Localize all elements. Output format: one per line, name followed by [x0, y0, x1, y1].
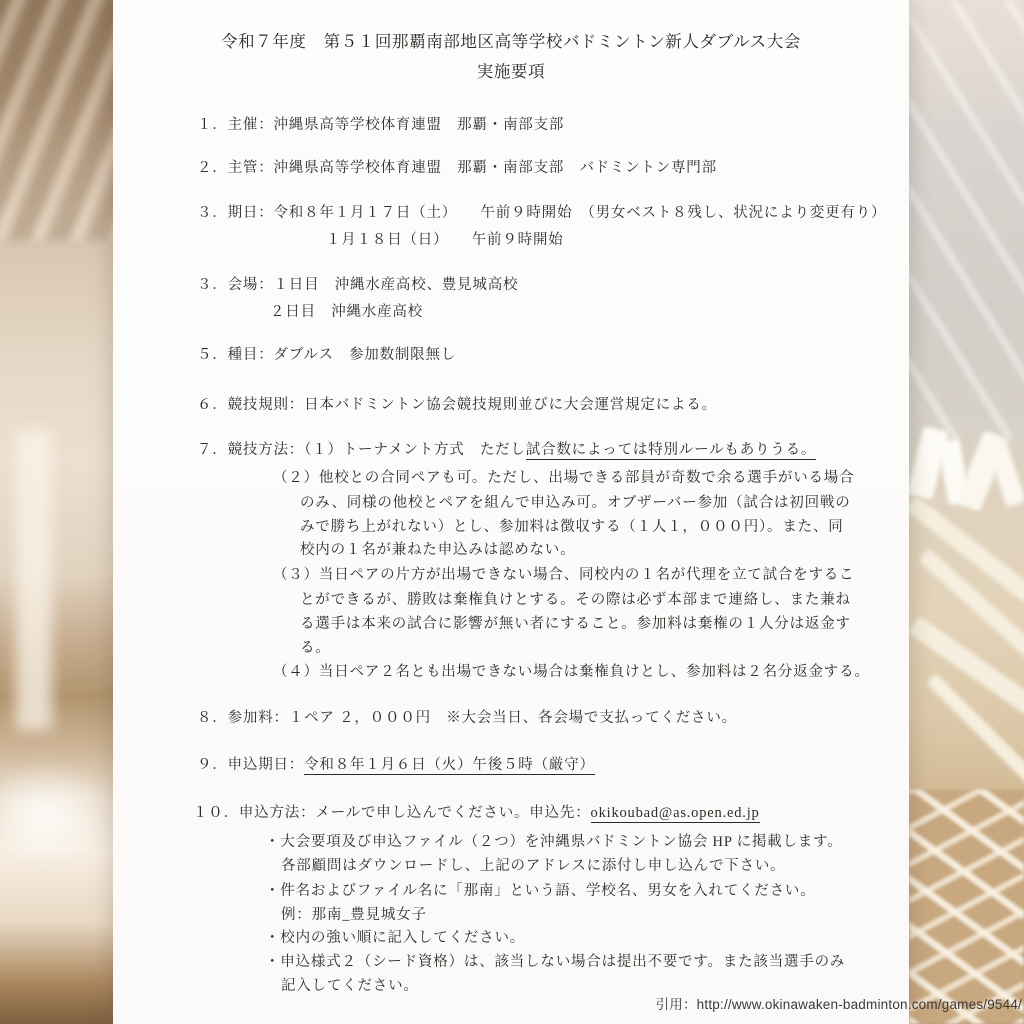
document-page: 令和７年度 第５１回那覇南部地区高等学校バドミントン新人ダブルス大会 実施要項 …	[113, 0, 909, 1024]
line-bullet-4b: 記入してください。	[281, 976, 419, 996]
feather-lattice-shape	[909, 790, 1024, 1024]
line-event: ５．種目：ダブルス 参加数制限無し	[197, 345, 456, 365]
wood-beams-shape	[0, 0, 114, 240]
line-organizer: １．主催：沖縄県高等学校体育連盟 那覇・南部支部	[197, 115, 564, 135]
line-method-3: （３）当日ペアの片方が出場できない場合、同校内の１名が代理を立て試合をするこ	[273, 565, 854, 585]
doc-title-line2: 実施要項	[113, 62, 909, 82]
bg-photo-left-strip	[0, 0, 114, 1024]
line-method-1: ７．競技方法：（１）トーナメント方式 ただし試合数によっては特別ルールもありうる…	[197, 440, 816, 460]
line-bullet-2-example: 例：那南_豊見城女子	[281, 905, 427, 925]
line-deadline-prefix: ９．申込期日：	[197, 757, 304, 773]
line-date-1: ３．期日：令和８年１月１７日（土） 午前９時開始 （男女ベスト８残し、状況により…	[197, 203, 886, 223]
bg-photo-right-strip	[909, 0, 1024, 1024]
line-bullet-1: ・大会要項及び申込ファイル（２つ）を沖縄県バドミントン協会 HP に掲載します。	[265, 832, 843, 852]
line-method-1-prefix: ７．競技方法：（１）トーナメント方式 ただし	[197, 442, 526, 458]
line-apply-method: １０．申込方法：メールで申し込んでください。申込先：okikoubad@as.o…	[193, 803, 760, 823]
line-method-2d: 校内の１名が兼ねた申込みは認めない。	[300, 540, 575, 560]
line-date-2: １月１８日（日） 午前９時開始	[326, 230, 564, 250]
floor-reflection-shape	[0, 760, 114, 870]
line-method-2c: みで勝ち上がれない）とし、参加料は徴収する（１人１，０００円）。また、同	[300, 517, 844, 537]
line-deadline-underlined: 令和８年１月６日（火）午後５時（厳守）	[304, 757, 595, 775]
doc-title-line1: 令和７年度 第５１回那覇南部地区高等学校バドミントン新人ダブルス大会	[113, 32, 909, 52]
line-bullet-3: ・校内の強い順に記入してください。	[265, 928, 525, 948]
line-bullet-4: ・申込様式２（シード資格）は、該当しない場合は提出不要です。また該当選手のみ	[265, 952, 845, 972]
line-method-1-underlined: 試合数によっては特別ルールもありうる。	[526, 442, 816, 460]
line-deadline: ９．申込期日：令和８年１月６日（火）午後５時（厳守）	[197, 755, 595, 775]
line-bullet-2: ・件名およびファイル名に「那南」という語、学校名、男女を入れてください。	[265, 881, 816, 901]
line-fee: ８．参加料：１ペア ２，０００円 ※大会当日、各会場で支払ってください。	[197, 708, 737, 728]
citation-url: 引用：http://www.okinawaken-badminton.com/g…	[656, 993, 1022, 1013]
line-venue-1: ３．会場：１日目 沖縄水産高校、豊見城高校	[197, 275, 518, 295]
screenshot-root: 令和７年度 第５１回那覇南部地区高等学校バドミントン新人ダブルス大会 実施要項 …	[0, 0, 1024, 1024]
line-method-3b: とができるが、勝敗は棄権負けとする。その際は必ず本部まで連絡し、また兼ね	[300, 590, 851, 610]
line-method-2b: のみ、同様の他校とペアを組んで申込み可。オブザーバー参加（試合は初回戦の	[300, 493, 851, 513]
ceiling-beams-shape	[909, 0, 1024, 440]
line-management: ２．主管：沖縄県高等学校体育連盟 那覇・南部支部 バドミントン専門部	[197, 158, 717, 178]
line-rules: ６．競技規則：日本バドミントン協会競技規則並びに大会運営規定による。	[197, 395, 717, 415]
apply-email-address: okikoubad@as.open.ed.jp	[591, 805, 760, 823]
line-method-2: （２）他校との合同ペアも可。ただし、出場できる部員が奇数で余る選手がいる場合	[273, 468, 854, 488]
line-method-4: （４）当日ペア２名とも出場できない場合は棄権負けとし、参加料は２名分返金する。	[273, 662, 870, 682]
line-venue-2: ２日目 沖縄水産高校	[270, 302, 423, 322]
pillar-shape	[16, 430, 52, 730]
line-method-3c: る選手は本来の試合に影響が無い者にすること。参加料は棄権の１人分は返金す	[300, 614, 851, 634]
line-bullet-1b: 各部顧問はダウンロードし、上記のアドレスに添付し申し込んで下さい。	[281, 856, 785, 876]
line-apply-method-prefix: １０．申込方法：メールで申し込んでください。申込先：	[193, 805, 591, 821]
line-method-3d: る。	[300, 638, 331, 658]
